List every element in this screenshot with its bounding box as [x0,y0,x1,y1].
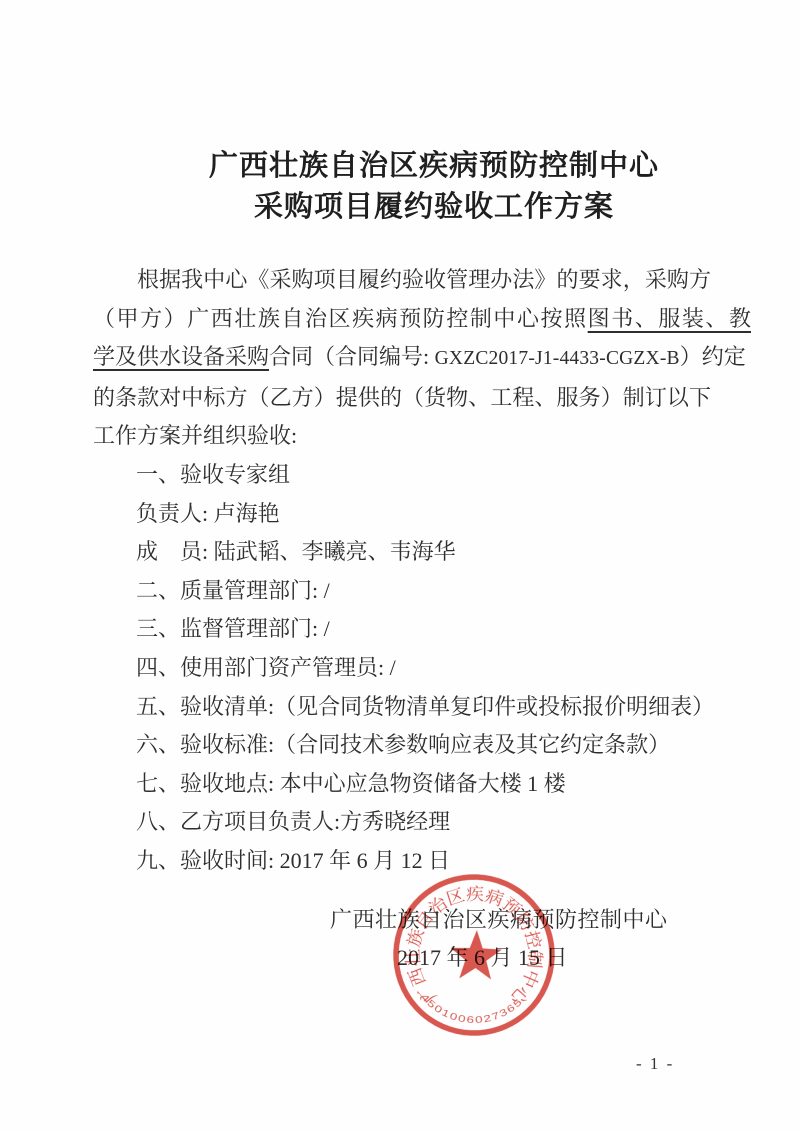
list-item-acceptance-standard: 六、验收标准:（合同技术参数响应表及其它约定条款） [93,726,753,765]
paragraph-line-3: 学及供水设备采购合同（合同编号: GXZC2017-J1-4433-CGZX-B… [93,338,738,379]
list-item-acceptance-list: 五、验收清单:（见合同货物清单复印件或投标报价明细表） [93,688,753,727]
paragraph-line-3-underlined-text: 学及供水设备采购 [93,344,269,369]
list-item-acceptance-team: 一、验收专家组 [93,456,753,495]
paragraph-line-2: （甲方）广西壮族自治区疾病预防控制中心按照图书、服装、教 [93,300,751,339]
paragraph-line-1: 根据我中心《采购项目履约验收管理办法》的要求，采购方 [93,261,711,300]
contract-number: GXZC2017-J1-4433-CGZX-B [435,348,680,369]
page-number: - 1 - [636,1054,674,1074]
list-item-team-leader: 负责人: 卢海艳 [93,495,753,534]
document-title-line1: 广西壮族自治区疾病预防控制中心 [68,146,800,187]
paragraph-line-2-underlined-text: 图书、服装、教 [588,306,751,331]
list-item-team-members: 成 员: 陆武韬、李曦亮、韦海华 [93,533,753,572]
paragraph-line-3-text: 合同（合同编号: [269,344,435,369]
document-title-line2: 采购项目履约验收工作方案 [68,187,800,228]
document-page: 广西壮族自治区疾病预防控制中心 采购项目履约验收工作方案 根据我中心《采购项目履… [0,0,800,1132]
document-body: 根据我中心《采购项目履约验收管理办法》的要求，采购方 （甲方）广西壮族自治区疾病… [93,261,753,881]
paragraph-line-1-text: 根据我中心《采购项目履约验收管理办法》的要求，采购方 [137,267,711,292]
list-item-party-b-manager: 八、乙方项目负责人:方秀晓经理 [93,803,753,842]
paragraph-line-4: 的条款对中标方（乙方）提供的（货物、工程、服务）制订以下 [93,379,711,418]
paragraph-line-3-tail: ）约定 [680,344,746,369]
document-title: 广西壮族自治区疾病预防控制中心 采购项目履约验收工作方案 [0,146,800,228]
list-item-supervision-dept: 三、监督管理部门: / [93,610,753,649]
paragraph-line-2-text: （甲方）广西壮族自治区疾病预防控制中心按照 [93,306,588,331]
list-item-acceptance-location: 七、验收地点: 本中心应急物资储备大楼 1 楼 [93,765,753,804]
paragraph-line-5: 工作方案并组织验收: [93,417,753,456]
star-icon [450,929,503,980]
official-seal: 广西壮族自治区疾病预防控制中心 4501006027365 [383,864,565,1046]
list-item-quality-dept: 二、质量管理部门: / [93,572,753,611]
list-item-asset-manager: 四、使用部门资产管理员: / [93,649,753,688]
